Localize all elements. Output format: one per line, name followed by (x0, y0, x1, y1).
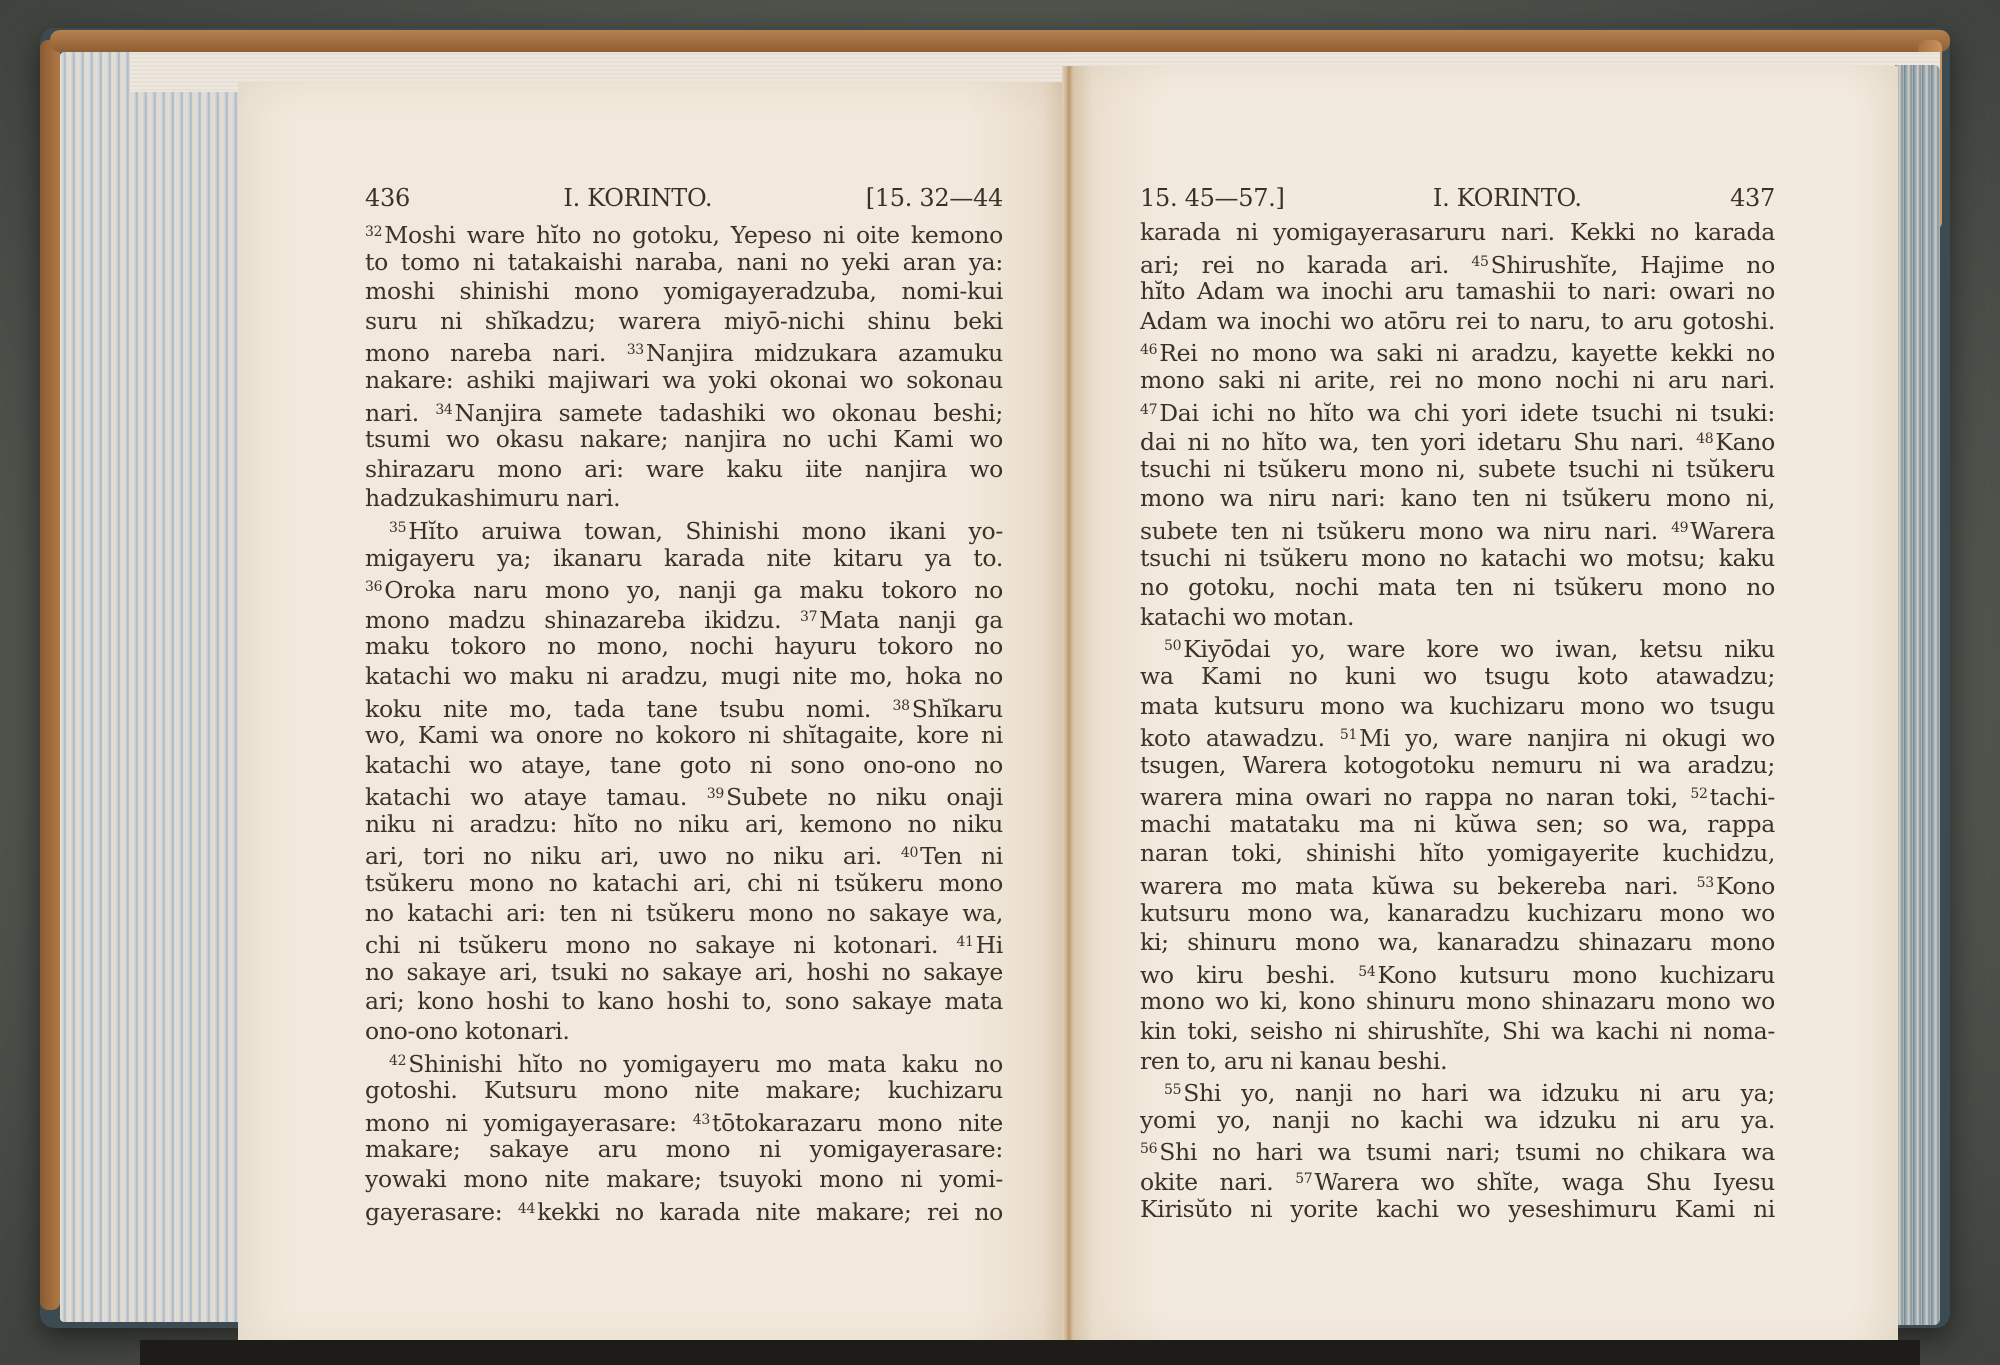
line-text: Shi yo, nanji no hari wa idzuku ni aru y… (1183, 1079, 1775, 1107)
line-text: tsumi wo okasu nakare; nanjira no uchi K… (365, 425, 1003, 453)
text-line: 47Dai ichi no hĭto wa chi yori idete tsu… (1140, 396, 1775, 426)
line-text: mono madzu shinazareba ikidzu. (365, 606, 781, 634)
text-line: katachi wo ataye, tane goto ni sono ono-… (365, 751, 1003, 781)
line-text: tachi- (1710, 783, 1775, 811)
line-text: dai ni no hĭto wa, ten yori idetaru Shu … (1140, 428, 1684, 456)
text-line: gayerasare: 44kekki no karada nite makar… (365, 1195, 1003, 1225)
text-line: yowaki mono nite makare; tsuyoki mono ni… (365, 1165, 1003, 1195)
line-text: Kono (1716, 872, 1775, 900)
running-title: I. KORINTO. (563, 184, 712, 214)
line-text: mono wo ki, kono shinuru mono shinazaru … (1140, 987, 1775, 1015)
line-text: Kono kutsuru mono kuchizaru (1377, 961, 1775, 989)
line-text: Shĭkaru (912, 695, 1003, 723)
text-line: tsŭkeru mono no katachi ari, chi ni tsŭk… (365, 869, 1003, 899)
verse-number: 36 (365, 579, 382, 595)
text-line: chi ni tsŭkeru mono no sakaye ni kotonar… (365, 928, 1003, 958)
line-text: warera mina owari no rappa no naran toki… (1140, 783, 1678, 811)
page-number: 437 (1730, 184, 1775, 214)
verse-number: 47 (1140, 402, 1157, 418)
left-body-lines: 32Moshi ware hĭto no gotoku, Yepeso ni o… (365, 218, 1003, 1224)
line-text: Shinishi hĭto no yomigayeru mo mata kaku… (408, 1050, 1003, 1078)
text-line: mono madzu shinazareba ikidzu. 37Mata na… (365, 603, 1003, 633)
verse-number: 33 (627, 342, 644, 358)
line-text: koku nite mo, tada tane tsubu nomi. (365, 695, 871, 723)
verse-number: 34 (435, 402, 452, 418)
line-text: Hi (976, 931, 1003, 959)
text-line: nakare: ashiki majiwari wa yoki okonai w… (365, 366, 1003, 396)
line-text: naran toki, shinishi hĭto yomigayerite k… (1140, 839, 1775, 867)
verse-number: 38 (893, 698, 910, 714)
line-text: no katachi ari: ten ni tsŭkeru mono no s… (365, 899, 1003, 927)
line-text: ren to, aru ni kanau beshi. (1140, 1047, 1447, 1075)
text-line: koku nite mo, tada tane tsubu nomi. 38Sh… (365, 692, 1003, 722)
left-page-text: 436 I. KORINTO. [15. 32—44 32Moshi ware … (365, 184, 1003, 1224)
text-line: kin toki, seisho ni shirushĭte, Shi wa k… (1140, 1017, 1775, 1047)
verse-number: 35 (389, 520, 406, 536)
text-line: mono ni yomigayerasare: 43tōtokarazaru m… (365, 1106, 1003, 1136)
text-line: karada ni yomigayerasaruru nari. Kekki n… (1140, 218, 1775, 248)
text-line: 42Shinishi hĭto no yomigayeru mo mata ka… (365, 1047, 1003, 1077)
verse-number: 32 (365, 224, 382, 240)
line-text: tōtokarazaru mono nite (712, 1109, 1003, 1137)
verse-number: 55 (1164, 1082, 1181, 1098)
text-line: no gotoku, nochi mata ten ni tsŭkeru mon… (1140, 573, 1775, 603)
text-line: 56Shi no hari wa tsumi nari; tsumi no ch… (1140, 1135, 1775, 1165)
text-line: okite nari. 57Warera wo shĭte, waga Shu … (1140, 1165, 1775, 1195)
line-text: mono ni yomigayerasare: (365, 1109, 677, 1137)
line-text: warera mo mata kŭwa su bekereba nari. (1140, 872, 1678, 900)
line-text: ki; shinuru mono wa, kanaradzu shinazaru… (1140, 928, 1775, 956)
verse-number: 41 (956, 934, 973, 950)
line-text: Oroka naru mono yo, nanji ga maku tokoro… (384, 576, 1003, 604)
line-text: makare; sakaye aru mono ni yomigayerasar… (365, 1135, 1003, 1163)
verse-number: 53 (1697, 875, 1714, 891)
text-line: nari. 34Nanjira samete tadashiki wo okon… (365, 396, 1003, 426)
verse-number: 52 (1690, 786, 1707, 802)
line-text: ari, tori no niku ari, uwo no niku ari. (365, 842, 882, 870)
line-text: Kirisŭto ni yorite kachi wo yeseshimuru … (1140, 1195, 1775, 1223)
text-line: no katachi ari: ten ni tsŭkeru mono no s… (365, 899, 1003, 929)
line-text: kekki no karada nite makare; rei no (537, 1198, 1003, 1226)
verse-number: 46 (1140, 342, 1157, 358)
cover-leather-edge-top (50, 30, 1950, 52)
chapter-verse-range: [15. 32—44 (866, 184, 1003, 214)
line-text: Moshi ware hĭto no gotoku, Yepeso ni oit… (384, 221, 1003, 249)
line-text: Hĭto aruiwa towan, Shinishi mono ikani y… (408, 517, 1003, 545)
text-line: niku ni aradzu: hĭto no niku ari, kemono… (365, 810, 1003, 840)
text-line: tsumi wo okasu nakare; nanjira no uchi K… (365, 425, 1003, 455)
line-text: Shirushĭte, Hajime no (1491, 251, 1775, 279)
verse-number: 42 (389, 1053, 406, 1069)
line-text: kin toki, seisho ni shirushĭte, Shi wa k… (1140, 1017, 1775, 1045)
verse-number: 39 (707, 786, 724, 802)
line-text: karada ni yomigayerasaruru nari. Kekki n… (1140, 218, 1775, 246)
line-text: tsuchi ni tsŭkeru mono no katachi wo mot… (1140, 544, 1775, 572)
text-line: 55Shi yo, nanji no hari wa idzuku ni aru… (1140, 1076, 1775, 1106)
text-line: 35Hĭto aruiwa towan, Shinishi mono ikani… (365, 514, 1003, 544)
text-line: wo kiru beshi. 54Kono kutsuru mono kuchi… (1140, 958, 1775, 988)
text-line: mata kutsuru mono wa kuchizaru mono wo t… (1140, 692, 1775, 722)
line-text: mono nareba nari. (365, 339, 606, 367)
line-text: subete ten ni tsŭkeru mono wa niru nari. (1140, 517, 1658, 545)
verse-number: 37 (800, 609, 817, 625)
text-line: 50Kiyōdai yo, ware kore wo iwan, ketsu n… (1140, 632, 1775, 662)
text-line: moshi shinishi mono yomigayeradzuba, nom… (365, 277, 1003, 307)
text-line: mono nareba nari. 33Nanjira midzukara az… (365, 336, 1003, 366)
text-line: 32Moshi ware hĭto no gotoku, Yepeso ni o… (365, 218, 1003, 248)
verse-number: 48 (1696, 431, 1713, 447)
line-text: Rei no mono wa saki ni aradzu, kayette k… (1159, 339, 1775, 367)
text-line: warera mina owari no rappa no naran toki… (1140, 780, 1775, 810)
right-body-lines: karada ni yomigayerasaruru nari. Kekki n… (1140, 218, 1775, 1224)
verse-number: 50 (1164, 638, 1181, 654)
text-line: kutsuru mono wa, kanaradzu kuchizaru mon… (1140, 899, 1775, 929)
line-text: Mi yo, ware nanjira ni okugi wo (1359, 724, 1775, 752)
line-text: tsŭkeru mono no katachi ari, chi ni tsŭk… (365, 869, 1003, 897)
text-line: ren to, aru ni kanau beshi. (1140, 1047, 1775, 1077)
text-line: dai ni no hĭto wa, ten yori idetaru Shu … (1140, 425, 1775, 455)
right-running-header: 15. 45—57.] I. KORINTO. 437 (1140, 184, 1775, 214)
line-text: no sakaye ari, tsuki no sakaye ari, hosh… (365, 958, 1003, 986)
text-line: Kirisŭto ni yorite kachi wo yeseshimuru … (1140, 1195, 1775, 1225)
line-text: Dai ichi no hĭto wa chi yori idete tsuch… (1159, 399, 1775, 427)
text-line: ono-ono kotonari. (365, 1017, 1003, 1047)
verse-number: 49 (1671, 520, 1688, 536)
text-line: gotoshi. Kutsuru mono nite makare; kuchi… (365, 1076, 1003, 1106)
line-text: maku tokoro no mono, nochi hayuru tokoro… (365, 632, 1003, 660)
text-line: mono wa niru nari: kano ten ni tsŭkeru m… (1140, 484, 1775, 514)
text-line: maku tokoro no mono, nochi hayuru tokoro… (365, 632, 1003, 662)
text-line: 36Oroka naru mono yo, nanji ga maku toko… (365, 573, 1003, 603)
line-text: Adam wa inochi wo atōru rei to naru, to … (1140, 307, 1775, 335)
line-text: Nanjira samete tadashiki wo okonau beshi… (455, 399, 1003, 427)
line-text: wa Kami no kuni wo tsugu koto atawadzu; (1140, 662, 1775, 690)
line-text: nakare: ashiki majiwari wa yoki okonai w… (365, 366, 1003, 394)
line-text: koto atawadzu. (1140, 724, 1325, 752)
text-line: machi matataku ma ni kŭwa sen; so wa, ra… (1140, 810, 1775, 840)
line-text: shirazaru mono ari: ware kaku iite nanji… (365, 455, 1003, 483)
text-line: wa Kami no kuni wo tsugu koto atawadzu; (1140, 662, 1775, 692)
verse-number: 44 (518, 1201, 535, 1217)
line-text: yomi yo, nanji no kachi wa idzuku ni aru… (1140, 1106, 1775, 1134)
text-line: hadzukashimuru nari. (365, 484, 1003, 514)
text-line: katachi wo ataye tamau. 39Subete no niku… (365, 780, 1003, 810)
text-line: warera mo mata kŭwa su bekereba nari. 53… (1140, 869, 1775, 899)
text-line: ari; rei no karada ari. 45Shirushĭte, Ha… (1140, 248, 1775, 278)
chapter-verse-range: 15. 45—57.] (1140, 184, 1285, 214)
line-text: okite nari. (1140, 1168, 1273, 1196)
text-line: hĭto Adam wa inochi aru tamashii to nari… (1140, 277, 1775, 307)
line-text: mono saki ni arite, rei no mono nochi ni… (1140, 366, 1775, 394)
line-text: migayeru ya; ikanaru karada nite kitaru … (365, 544, 1003, 572)
text-line: tsuchi ni tsŭkeru mono ni, subete tsuchi… (1140, 455, 1775, 485)
book-gutter (1062, 66, 1074, 1347)
line-text: kutsuru mono wa, kanaradzu kuchizaru mon… (1140, 899, 1775, 927)
line-text: tsugen, Warera kotogotoku nemuru ni wa a… (1140, 751, 1775, 779)
text-line: koto atawadzu. 51Mi yo, ware nanjira ni … (1140, 721, 1775, 751)
line-text: Kiyōdai yo, ware kore wo iwan, ketsu nik… (1183, 635, 1775, 663)
text-line: mono wo ki, kono shinuru mono shinazaru … (1140, 987, 1775, 1017)
line-text: Subete no niku onaji (726, 783, 1003, 811)
line-text: mata kutsuru mono wa kuchizaru mono wo t… (1140, 692, 1775, 720)
line-text: Warera (1690, 517, 1775, 545)
line-text: Ten ni (920, 842, 1003, 870)
text-line: ari, tori no niku ari, uwo no niku ari. … (365, 839, 1003, 869)
text-line: to tomo ni tatakaishi naraba, nani no ye… (365, 248, 1003, 278)
verse-number: 51 (1340, 727, 1357, 743)
text-line: naran toki, shinishi hĭto yomigayerite k… (1140, 839, 1775, 869)
page-number: 436 (365, 184, 410, 214)
text-line: shirazaru mono ari: ware kaku iite nanji… (365, 455, 1003, 485)
text-line: makare; sakaye aru mono ni yomigayerasar… (365, 1135, 1003, 1165)
line-text: machi matataku ma ni kŭwa sen; so wa, ra… (1140, 810, 1775, 838)
line-text: to tomo ni tatakaishi naraba, nani no ye… (365, 248, 1003, 276)
text-line: subete ten ni tsŭkeru mono wa niru nari.… (1140, 514, 1775, 544)
line-text: ono-ono kotonari. (365, 1017, 570, 1045)
text-line: wo, Kami wa onore no kokoro ni shĭtagait… (365, 721, 1003, 751)
verse-number: 56 (1140, 1141, 1157, 1157)
line-text: moshi shinishi mono yomigayeradzuba, nom… (365, 277, 1003, 305)
right-page-text: 15. 45—57.] I. KORINTO. 437 karada ni yo… (1140, 184, 1775, 1224)
line-text: katachi wo motan. (1140, 603, 1354, 631)
verse-number: 40 (901, 845, 918, 861)
running-title: I. KORINTO. (1433, 184, 1582, 214)
line-text: hĭto Adam wa inochi aru tamashii to nari… (1140, 277, 1775, 305)
line-text: tsuchi ni tsŭkeru mono ni, subete tsuchi… (1140, 455, 1775, 483)
line-text: hadzukashimuru nari. (365, 484, 620, 512)
line-text: ari; rei no karada ari. (1140, 251, 1449, 279)
line-text: niku ni aradzu: hĭto no niku ari, kemono… (365, 810, 1003, 838)
line-text: katachi wo maku ni aradzu, mugi nite mo,… (365, 662, 1003, 690)
text-line: ki; shinuru mono wa, kanaradzu shinazaru… (1140, 928, 1775, 958)
verse-number: 57 (1295, 1171, 1312, 1187)
page-stack-right (1895, 65, 1940, 1325)
bottom-shadow (140, 1340, 1920, 1365)
line-text: Kano (1715, 428, 1775, 456)
line-text: katachi wo ataye tamau. (365, 783, 687, 811)
text-line: no sakaye ari, tsuki no sakaye ari, hosh… (365, 958, 1003, 988)
text-line: yomi yo, nanji no kachi wa idzuku ni aru… (1140, 1106, 1775, 1136)
text-line: tsuchi ni tsŭkeru mono no katachi wo mot… (1140, 544, 1775, 574)
line-text: gotoshi. Kutsuru mono nite makare; kuchi… (365, 1076, 1003, 1104)
line-text: wo, Kami wa onore no kokoro ni shĭtagait… (365, 721, 1003, 749)
line-text: ari; kono hoshi to kano hoshi to, sono s… (365, 987, 1003, 1015)
verse-number: 43 (693, 1112, 710, 1128)
line-text: suru ni shĭkadzu; warera miyō-nichi shin… (365, 307, 1003, 335)
text-line: katachi wo motan. (1140, 603, 1775, 633)
cover-leather-edge-left (40, 40, 60, 1310)
line-text: katachi wo ataye, tane goto ni sono ono-… (365, 751, 1003, 779)
line-text: Mata nanji ga (819, 606, 1003, 634)
line-text: Shi no hari wa tsumi nari; tsumi no chik… (1159, 1138, 1775, 1166)
line-text: wo kiru beshi. (1140, 961, 1335, 989)
text-line: 46Rei no mono wa saki ni aradzu, kayette… (1140, 336, 1775, 366)
text-line: suru ni shĭkadzu; warera miyō-nichi shin… (365, 307, 1003, 337)
line-text: chi ni tsŭkeru mono no sakaye ni kotonar… (365, 931, 938, 959)
verse-number: 45 (1471, 254, 1488, 270)
line-text: mono wa niru nari: kano ten ni tsŭkeru m… (1140, 484, 1775, 512)
text-line: katachi wo maku ni aradzu, mugi nite mo,… (365, 662, 1003, 692)
text-line: tsugen, Warera kotogotoku nemuru ni wa a… (1140, 751, 1775, 781)
line-text: gayerasare: (365, 1198, 502, 1226)
line-text: Nanjira midzukara azamuku (646, 339, 1003, 367)
line-text: nari. (365, 399, 419, 427)
text-line: ari; kono hoshi to kano hoshi to, sono s… (365, 987, 1003, 1017)
text-line: Adam wa inochi wo atōru rei to naru, to … (1140, 307, 1775, 337)
page-stack-left (60, 52, 250, 1322)
text-line: migayeru ya; ikanaru karada nite kitaru … (365, 544, 1003, 574)
text-line: mono saki ni arite, rei no mono nochi ni… (1140, 366, 1775, 396)
line-text: yowaki mono nite makare; tsuyoki mono ni… (365, 1165, 1003, 1193)
verse-number: 54 (1358, 964, 1375, 980)
line-text: no gotoku, nochi mata ten ni tsŭkeru mon… (1140, 573, 1775, 601)
line-text: Warera wo shĭte, waga Shu Iyesu (1314, 1168, 1775, 1196)
left-running-header: 436 I. KORINTO. [15. 32—44 (365, 184, 1003, 214)
